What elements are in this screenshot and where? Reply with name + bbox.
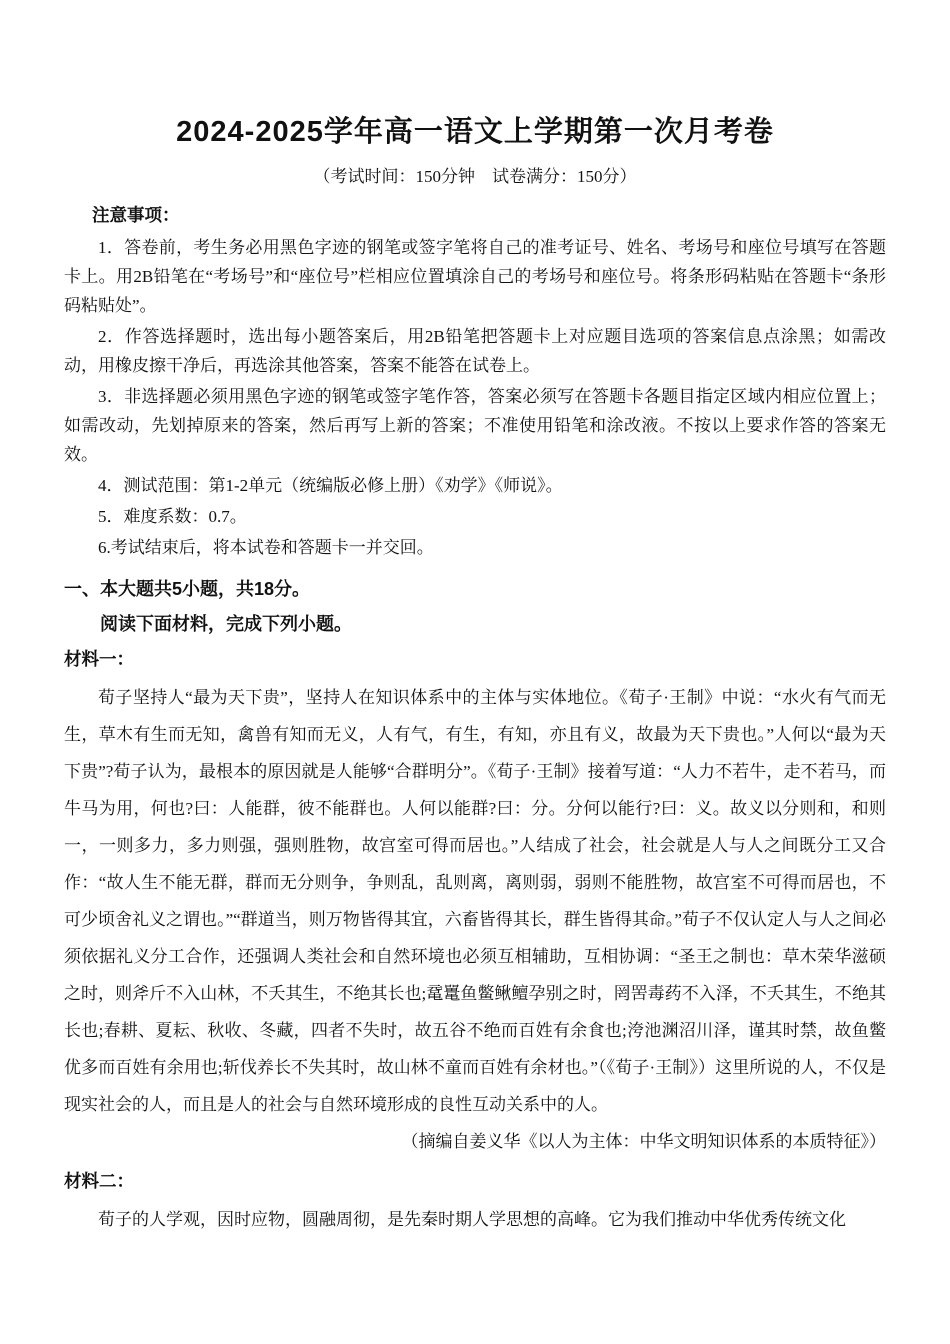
section-one-heading: 一、本大题共5小题，共18分。	[64, 576, 886, 603]
material-one-source: （摘编自姜义华《以人为主体：中华文明知识体系的本质特征》）	[64, 1123, 886, 1160]
notice-item-4: 4．测试范围：第1-2单元（统编版必修上册）《劝学》《师说》。	[64, 471, 886, 500]
notice-item-5: 5．难度系数：0.7。	[64, 502, 886, 531]
notice-item-6: 6.考试结束后，将本试卷和答题卡一并交回。	[64, 533, 886, 562]
page-title: 2024-2025学年高一语文上学期第一次月考卷	[64, 112, 886, 152]
exam-time-and-score: （考试时间：150分钟 试卷满分：150分）	[64, 164, 886, 190]
section-one-intro: 阅读下面材料，完成下列小题。	[64, 611, 886, 638]
material-two-label: 材料二：	[64, 1168, 886, 1195]
exam-paper-page: 2024-2025学年高一语文上学期第一次月考卷 （考试时间：150分钟 试卷满…	[0, 0, 950, 1344]
material-one-label: 材料一：	[64, 646, 886, 673]
notice-list: 1．答卷前，考生务必用黑色字迹的钢笔或签字笔将自己的准考证号、姓名、考场号和座位…	[64, 233, 886, 562]
notice-heading: 注意事项：	[64, 202, 886, 228]
notice-item-3: 3．非选择题必须用黑色字迹的钢笔或签字笔作答，答案必须写在答题卡各题目指定区域内…	[64, 382, 886, 469]
material-two-body: 荀子的人学观，因时应物，圆融周彻，是先秦时期人学思想的高峰。它为我们推动中华优秀…	[64, 1201, 886, 1238]
material-one-body: 荀子坚持人“最为天下贵”，坚持人在知识体系中的主体与实体地位。《荀子·王制》中说…	[64, 679, 886, 1123]
notice-item-2: 2．作答选择题时，选出每小题答案后，用2B铅笔把答题卡上对应题目选项的答案信息点…	[64, 322, 886, 380]
notice-item-1: 1．答卷前，考生务必用黑色字迹的钢笔或签字笔将自己的准考证号、姓名、考场号和座位…	[64, 233, 886, 320]
